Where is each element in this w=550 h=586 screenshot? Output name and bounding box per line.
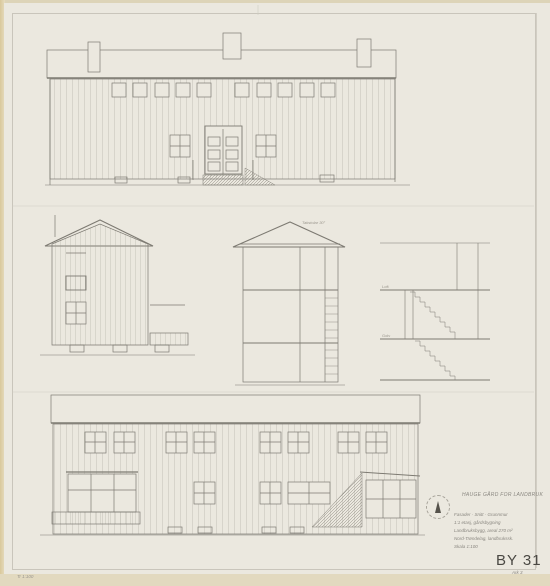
gable-elevation: [40, 215, 195, 355]
title-block-line: Nord-Trøndelag, landbrukssk.: [454, 536, 513, 541]
title-block: HAUGE GÅRD FOR LANDBRUK Fasader · Snitt …: [432, 490, 547, 580]
section-annotation: Takstolar 30°: [302, 220, 326, 225]
title-block-line: Landbruksbygg, areal 270 m²: [454, 528, 513, 533]
stair-section: [380, 243, 490, 380]
stair-label-loft: Loft: [382, 284, 390, 289]
stair-label-floor: Golv: [382, 333, 390, 338]
front-elevation: [45, 33, 410, 185]
sheet-number: BY 31: [496, 552, 542, 569]
title-block-line: Skala 1:100: [454, 544, 478, 549]
sheet-subnumber: Ark 3: [512, 570, 523, 575]
title-block-header: HAUGE GÅRD FOR LANDBRUK: [462, 492, 543, 498]
scale-note: Tr 1:100: [17, 574, 33, 579]
rear-elevation: [40, 395, 425, 535]
title-block-line: 1:1 etasj, gårdsbygning: [454, 520, 501, 525]
cross-section: [233, 222, 345, 385]
title-block-line: Fasader · Snitt · Grunnmur: [454, 512, 508, 517]
